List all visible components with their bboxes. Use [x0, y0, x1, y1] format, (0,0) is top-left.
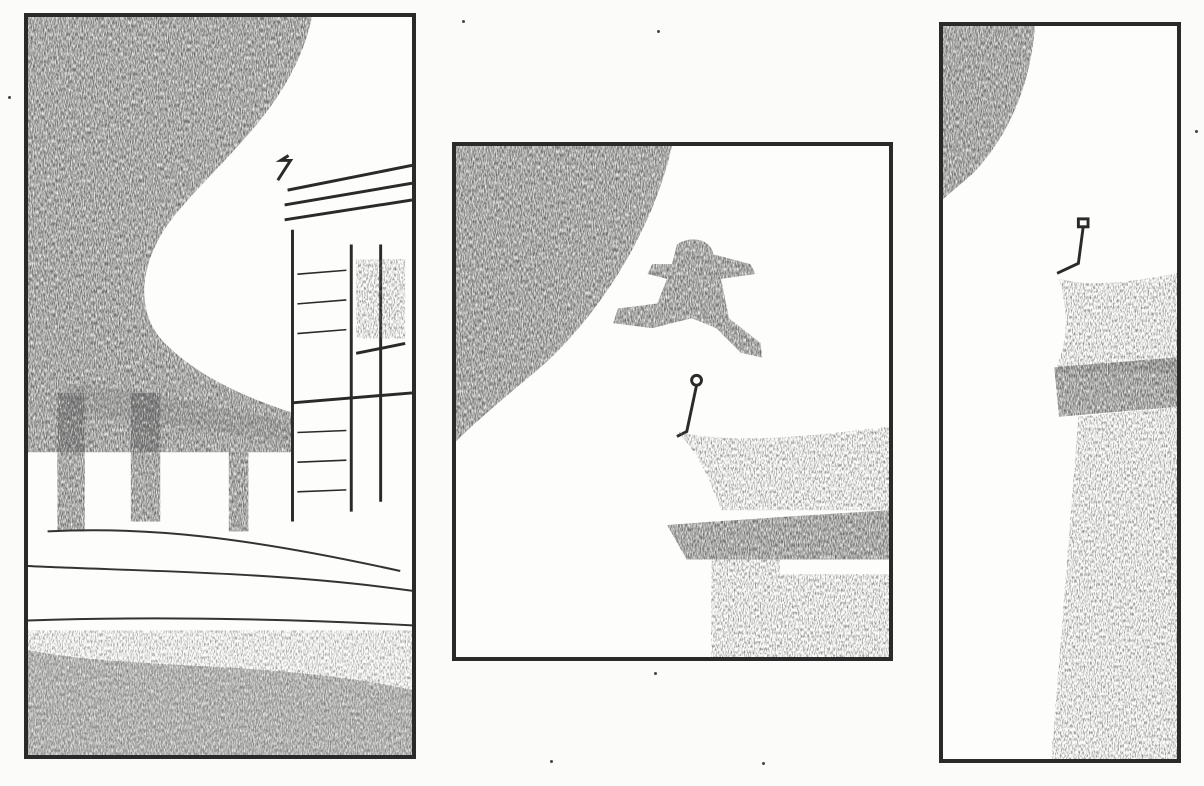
rooftop-finial — [1057, 219, 1088, 273]
pagoda-roof — [667, 427, 889, 657]
panel-3-drawing — [943, 26, 1177, 759]
panel-1-drawing — [28, 17, 412, 755]
leaping-figure — [613, 239, 762, 357]
storyboard-sheet — [0, 0, 1204, 786]
paper-speck — [8, 96, 11, 99]
panel-2-drawing — [456, 146, 889, 657]
storyboard-panel-2 — [452, 142, 893, 661]
overpass-shape — [456, 146, 672, 441]
pagoda-roof — [1054, 273, 1177, 416]
paper-speck — [654, 672, 657, 675]
storyboard-panel-3 — [939, 22, 1181, 763]
paper-speck — [762, 762, 765, 765]
tower-column — [1051, 407, 1177, 759]
rooftop-finial — [677, 375, 702, 436]
paper-speck — [550, 760, 553, 763]
paper-speck — [1195, 130, 1198, 133]
storyboard-panel-1 — [24, 13, 416, 759]
paper-speck — [657, 30, 660, 33]
overpass-shape — [943, 26, 1035, 199]
road — [28, 530, 412, 625]
paper-speck — [462, 20, 465, 23]
